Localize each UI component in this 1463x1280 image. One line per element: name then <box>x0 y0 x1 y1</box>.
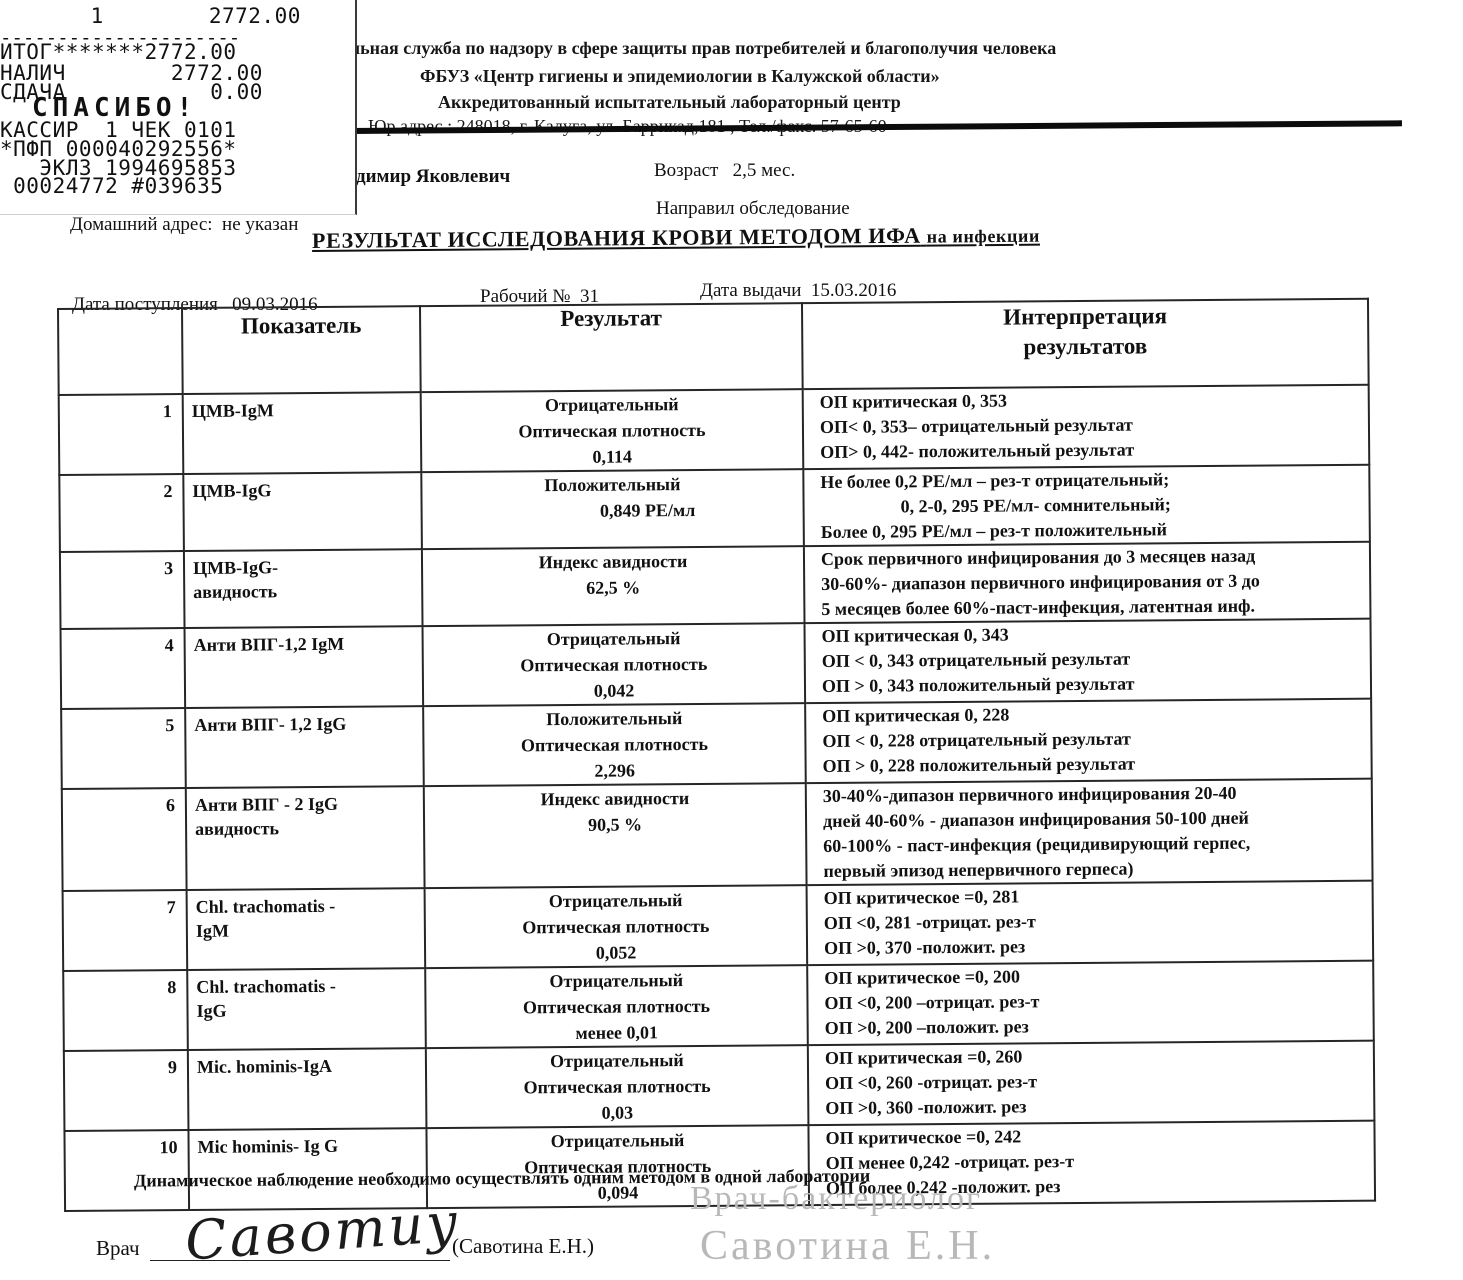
table-row: 4Анти ВПГ-1,2 IgMОтрицательныйОптическая… <box>61 619 1372 709</box>
interpretation-cell: Не более 0,2 РЕ/мл – рез-т отрицательный… <box>803 465 1370 546</box>
title-suffix: на инфекции <box>927 226 1040 247</box>
patient-name: димир Яковлевич <box>356 166 510 188</box>
table-row: 9Mic. hominis-IgAОтрицательныйОптическая… <box>64 1041 1375 1131</box>
address-value: не указан <box>222 214 298 235</box>
interpretation-line: Более 0, 295 РЕ/мл – рез-т положительный <box>821 516 1369 545</box>
indicator-text: ЦМВ-IgG- <box>193 554 413 580</box>
row-number: 1 <box>59 394 184 475</box>
result-text: Оптическая плотность <box>427 1072 807 1101</box>
header-interpretation-line1: Интерпретация <box>803 300 1367 334</box>
indicator-text: ЦМВ-IgM <box>192 397 412 423</box>
header-organization: ФБУЗ «Центр гигиены и эпидемиологии в Ка… <box>420 66 940 87</box>
indicator-text: IgM <box>196 917 416 943</box>
receipt-thanks: СПАСИБО! <box>32 98 197 119</box>
table-row: 3ЦМВ-IgG-авидностьИндекс авидности62,5 %… <box>60 542 1371 629</box>
indicator-cell: Chl. trachomatis -IgM <box>187 888 426 970</box>
interpretation-cell: Срок первичного инфицирования до 3 месяц… <box>804 542 1371 623</box>
interpretation-line: ОП > 0, 228 положительный результат <box>823 750 1371 779</box>
results-body: 1ЦМВ-IgMОтрицательныйОптическая плотност… <box>59 385 1375 1211</box>
result-value: 0,114 <box>422 442 802 471</box>
result-text: Индекс авидности <box>425 784 805 813</box>
referred-by: Направил обследование <box>656 198 850 220</box>
receipt-doc-number: 00024772 #039635 <box>0 176 223 197</box>
row-number: 8 <box>63 970 188 1051</box>
interpretation-cell: ОП критическая 0, 228ОП < 0, 228 отрицат… <box>805 699 1372 783</box>
table-row: 1ЦМВ-IgMОтрицательныйОптическая плотност… <box>59 385 1370 475</box>
interpretation-cell: ОП критическое =0, 281ОП <0, 281 -отрица… <box>807 881 1374 965</box>
receipt-total: ИТОГ*******2772.00 <box>0 42 237 63</box>
result-text: Отрицательный <box>422 390 802 419</box>
row-number: 5 <box>61 708 186 789</box>
indicator-cell: Chl. trachomatis -IgG <box>187 968 426 1050</box>
document-title: РЕЗУЛЬТАТ ИССЛЕДОВАНИЯ КРОВИ МЕТОДОМ ИФА… <box>312 222 1040 254</box>
age-value: 2,5 мес. <box>733 160 796 181</box>
results-table: Показатель Результат Интерпретация резул… <box>57 298 1376 1212</box>
doctor-label: Врач <box>96 1236 140 1261</box>
table-row: 6Анти ВПГ - 2 IgGавидностьИндекс авиднос… <box>62 779 1373 891</box>
indicator-text: Chl. trachomatis - <box>196 893 416 919</box>
result-text: Отрицательный <box>426 966 806 995</box>
result-cell: Индекс авидности90,5 % <box>424 783 807 888</box>
result-cell: Индекс авидности62,5 % <box>422 546 805 626</box>
interpretation-line: ОП >0, 200 –положит. рез <box>825 1012 1373 1041</box>
indicator-cell: Анти ВПГ- 1,2 IgG <box>185 706 424 788</box>
result-text: Положительный <box>422 470 802 499</box>
age-label: Возраст <box>654 160 718 181</box>
interpretation-line: ОП >0, 370 -положит. рез <box>824 932 1372 961</box>
interpretation-cell: ОП критическое =0, 200ОП <0, 200 –отрица… <box>807 961 1374 1045</box>
result-cell: ПоложительныйОптическая плотность2,296 <box>423 703 806 786</box>
result-value: 0,052 <box>426 938 806 967</box>
result-text: Отрицательный <box>427 1046 807 1075</box>
table-row: 5Анти ВПГ- 1,2 IgGПоложительныйОптическа… <box>61 699 1372 789</box>
header-agency: льная служба по надзору в сфере защиты п… <box>350 38 1056 59</box>
interpretation-line: ОП >0, 360 -положит. рез <box>825 1092 1373 1121</box>
result-cell: ОтрицательныйОптическая плотностьменее 0… <box>425 965 808 1048</box>
result-value: 0,849 РЕ/мл <box>423 496 803 525</box>
stamp-name: Савотина Е.Н. <box>700 1222 995 1270</box>
header-interpretation: Интерпретация результатов <box>802 299 1369 389</box>
issued-label: Дата выдачи <box>700 280 801 301</box>
result-value: менее 0,01 <box>427 1018 807 1047</box>
header-result: Результат <box>420 303 803 392</box>
row-number: 4 <box>61 628 186 709</box>
interpretation-line: ОП> 0, 442- положительный результат <box>820 436 1368 465</box>
patient-age: Возраст 2,5 мес. <box>654 160 795 182</box>
result-text: Отрицательный <box>426 886 806 915</box>
interpretation-cell: ОП критическая =0, 260ОП <0, 260 -отрица… <box>808 1041 1375 1125</box>
result-value: 62,5 % <box>423 573 803 602</box>
interpretation-line: 5 месяцев более 60%-паст-инфекция, латен… <box>821 593 1369 622</box>
header-lab-center: Аккредитованный испытательный лабораторн… <box>438 92 901 113</box>
header-number <box>58 308 183 395</box>
address-label: Домашний адрес: <box>70 214 213 235</box>
indicator-text: авидность <box>195 815 415 841</box>
interpretation-cell: 30-40%-дипазон первичного инфицирования … <box>806 779 1373 885</box>
table-row: 8Chl. trachomatis -IgGОтрицательныйОптич… <box>63 961 1374 1051</box>
row-number: 9 <box>64 1050 189 1131</box>
result-text: Отрицательный <box>424 624 804 653</box>
result-text: Оптическая плотность <box>422 416 802 445</box>
result-text: Положительный <box>424 704 804 733</box>
result-cell: ОтрицательныйОптическая плотность0,03 <box>426 1045 809 1128</box>
indicator-cell: ЦМВ-IgG-авидность <box>184 549 423 628</box>
header-interpretation-line2: результатов <box>803 330 1367 364</box>
home-address: Домашний адрес: не указан <box>70 214 298 236</box>
indicator-text: ЦМВ-IgG <box>192 477 412 503</box>
result-text: Оптическая плотность <box>426 912 806 941</box>
result-cell: ОтрицательныйОптическая плотность0,114 <box>421 389 804 472</box>
interpretation-line: ОП > 0, 343 положительный результат <box>822 670 1370 699</box>
doctor-name: (Савотина Е.Н.) <box>452 1234 594 1259</box>
result-text: Оптическая плотность <box>424 730 804 759</box>
table-row: 2ЦМВ-IgGПоложительный0,849 РЕ/млНе более… <box>59 465 1370 552</box>
indicator-text: Анти ВПГ - 2 IgG <box>195 791 415 817</box>
result-value: 0,03 <box>427 1098 807 1127</box>
indicator-text: IgG <box>196 997 416 1023</box>
result-cell: ОтрицательныйОптическая плотность0,042 <box>423 623 806 706</box>
indicator-text: Анти ВПГ- 1,2 IgG <box>194 711 414 737</box>
result-value: 0,042 <box>424 676 804 705</box>
receipt-line: 1 2772.00 <box>38 6 301 27</box>
issued-date: Дата выдачи 15.03.2016 <box>700 280 896 302</box>
result-cell: ОтрицательныйОптическая плотность0,052 <box>425 885 808 968</box>
indicator-cell: ЦМВ-IgM <box>183 392 422 474</box>
cash-receipt: 1 2772.00 --------------------- ИТОГ****… <box>0 0 357 215</box>
indicator-cell: Mic. hominis-IgA <box>188 1048 427 1130</box>
indicator-cell: ЦМВ-IgG <box>183 472 422 551</box>
indicator-text: авидность <box>193 578 413 604</box>
header-indicator: Показатель <box>182 306 421 394</box>
row-number: 2 <box>59 474 184 552</box>
issued-value: 15.03.2016 <box>811 280 897 301</box>
row-number: 6 <box>62 788 187 891</box>
indicator-text: Mic hominis- Ig G <box>197 1133 417 1159</box>
row-number: 3 <box>60 551 185 629</box>
indicator-text: Анти ВПГ-1,2 IgM <box>194 631 414 657</box>
indicator-cell: Анти ВПГ - 2 IgGавидность <box>186 786 425 890</box>
result-text: Оптическая плотность <box>424 650 804 679</box>
result-value: 90,5 % <box>425 810 805 839</box>
stamp-title: Врач-бактериолог <box>690 1180 982 1218</box>
interpretation-cell: ОП критическая 0, 343ОП < 0, 343 отрицат… <box>804 619 1371 703</box>
result-text: Оптическая плотность <box>426 992 806 1021</box>
row-number: 7 <box>63 890 188 971</box>
indicator-text: Chl. trachomatis - <box>196 973 416 999</box>
result-text: Отрицательный <box>427 1126 807 1155</box>
result-value: 2,296 <box>425 756 805 785</box>
results-table-wrapper: Показатель Результат Интерпретация резул… <box>57 298 1376 1212</box>
title-main: РЕЗУЛЬТАТ ИССЛЕДОВАНИЯ КРОВИ МЕТОДОМ ИФА <box>312 223 921 253</box>
table-row: 7Chl. trachomatis -IgMОтрицательныйОптич… <box>63 881 1374 971</box>
table-header-row: Показатель Результат Интерпретация резул… <box>58 299 1369 395</box>
interpretation-cell: ОП критическая 0, 353ОП< 0, 353– отрицат… <box>803 385 1370 469</box>
result-cell: Положительный0,849 РЕ/мл <box>421 469 804 549</box>
interpretation-line: первый эпизод непервичного герпеса) <box>823 855 1371 884</box>
result-text: Индекс авидности <box>423 547 803 576</box>
indicator-cell: Анти ВПГ-1,2 IgM <box>185 626 424 708</box>
indicator-text: Mic. hominis-IgA <box>197 1053 417 1079</box>
